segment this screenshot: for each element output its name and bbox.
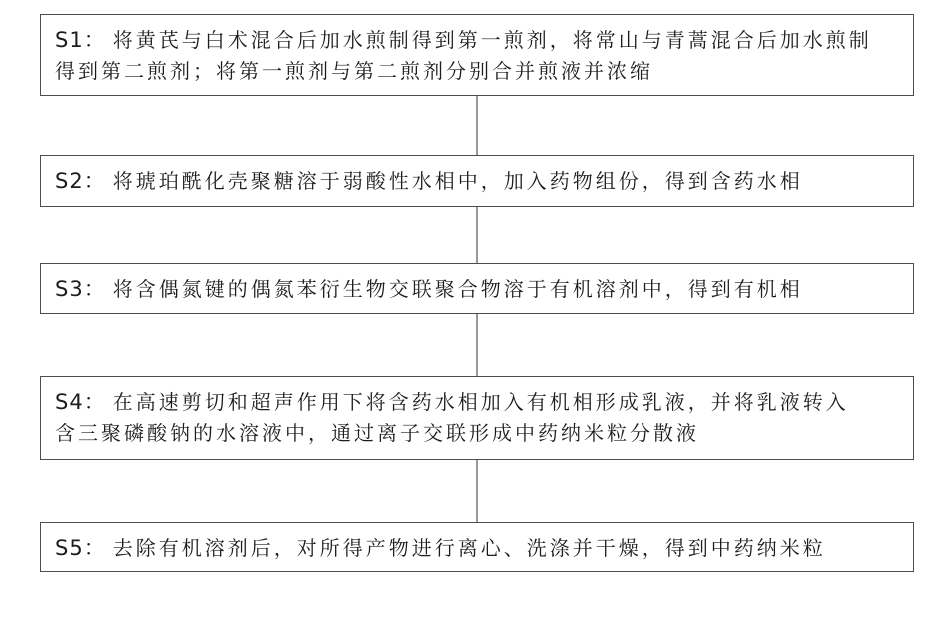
step-s4-text-1: 在高速剪切和超声作用下将含药水相加入有机相形成乳液，并将乳液转入 xyxy=(113,390,849,414)
step-s3-label: S3： xyxy=(55,277,106,301)
step-s3-text-1: 将含偶氮键的偶氮苯衍生物交联聚合物溶于有机溶剂中，得到有机相 xyxy=(113,277,803,301)
step-s2-line-1: S2：将琥珀酰化壳聚糖溶于弱酸性水相中，加入药物组份，得到含药水相 xyxy=(55,166,899,197)
step-s4-text-2: 含三聚磷酸钠的水溶液中，通过离子交联形成中药纳米粒分散液 xyxy=(55,421,699,445)
process-flowchart: S1：将黄芪与白术混合后加水煎制得到第一煎剂，将常山与青蒿混合后加水煎制 得到第… xyxy=(0,0,935,630)
step-box-s2: S2：将琥珀酰化壳聚糖溶于弱酸性水相中，加入药物组份，得到含药水相 xyxy=(40,155,914,207)
connector-line-s3-s4 xyxy=(476,314,478,376)
step-s5-label: S5： xyxy=(55,536,106,560)
step-s4-line-1: S4：在高速剪切和超声作用下将含药水相加入有机相形成乳液，并将乳液转入 xyxy=(55,387,899,418)
step-s1-text-2: 得到第二煎剂；将第一煎剂与第二煎剂分别合并煎液并浓缩 xyxy=(55,59,653,83)
step-box-s1: S1：将黄芪与白术混合后加水煎制得到第一煎剂，将常山与青蒿混合后加水煎制 得到第… xyxy=(40,14,914,96)
step-s2-text-1: 将琥珀酰化壳聚糖溶于弱酸性水相中，加入药物组份，得到含药水相 xyxy=(113,169,803,193)
connector-line-s2-s3 xyxy=(476,207,478,263)
step-s2-label: S2： xyxy=(55,169,106,193)
step-box-s3: S3：将含偶氮键的偶氮苯衍生物交联聚合物溶于有机溶剂中，得到有机相 xyxy=(40,263,914,314)
connector-line-s1-s2 xyxy=(476,96,478,155)
step-s3-line-1: S3：将含偶氮键的偶氮苯衍生物交联聚合物溶于有机溶剂中，得到有机相 xyxy=(55,274,899,305)
step-s1-line-1: S1：将黄芪与白术混合后加水煎制得到第一煎剂，将常山与青蒿混合后加水煎制 xyxy=(55,25,899,56)
step-s5-line-1: S5：去除有机溶剂后，对所得产物进行离心、洗涤并干燥，得到中药纳米粒 xyxy=(55,533,899,564)
step-s1-label: S1： xyxy=(55,28,106,52)
step-box-s5: S5：去除有机溶剂后，对所得产物进行离心、洗涤并干燥，得到中药纳米粒 xyxy=(40,522,914,572)
step-s4-label: S4： xyxy=(55,390,106,414)
connector-line-s4-s5 xyxy=(476,460,478,522)
step-s1-text-1: 将黄芪与白术混合后加水煎制得到第一煎剂，将常山与青蒿混合后加水煎制 xyxy=(113,28,872,52)
step-box-s4: S4：在高速剪切和超声作用下将含药水相加入有机相形成乳液，并将乳液转入 含三聚磷… xyxy=(40,376,914,460)
step-s5-text-1: 去除有机溶剂后，对所得产物进行离心、洗涤并干燥，得到中药纳米粒 xyxy=(113,536,826,560)
step-s1-line-2: 得到第二煎剂；将第一煎剂与第二煎剂分别合并煎液并浓缩 xyxy=(55,56,899,87)
step-s4-line-2: 含三聚磷酸钠的水溶液中，通过离子交联形成中药纳米粒分散液 xyxy=(55,418,899,449)
